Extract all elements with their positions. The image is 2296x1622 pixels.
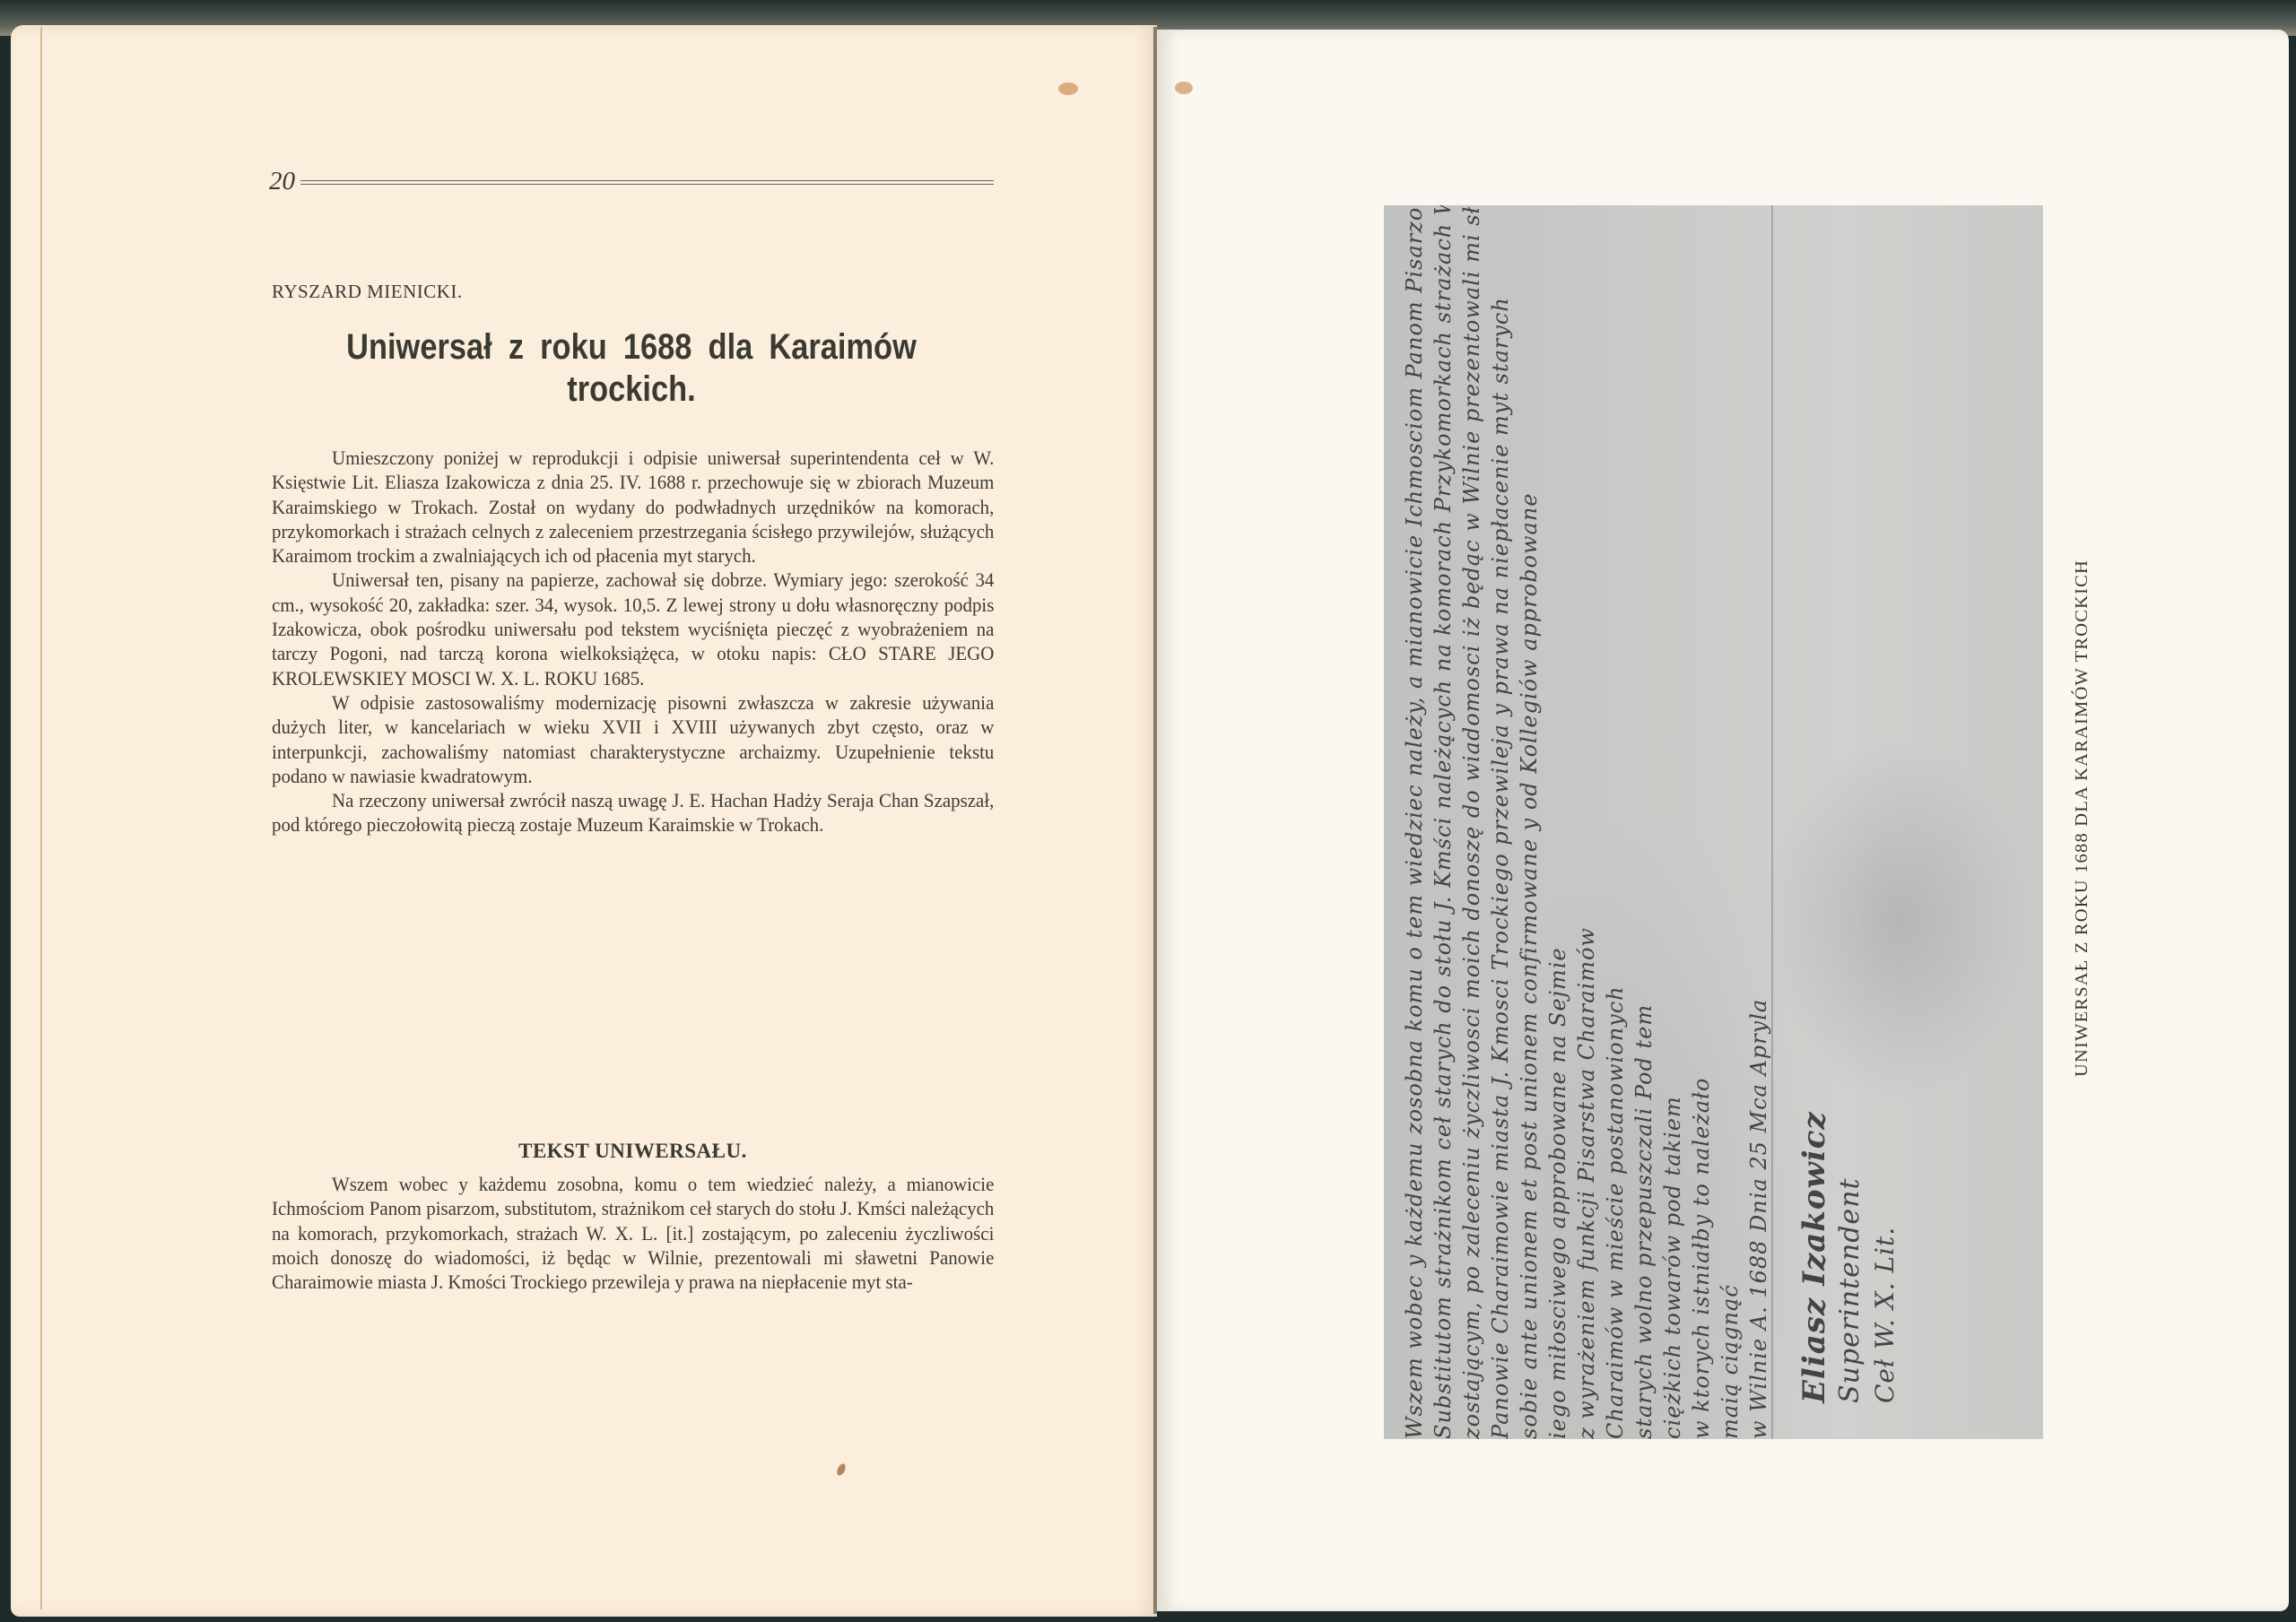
- script-line: sobie ante unionem et post unionem confi…: [1517, 205, 1544, 1439]
- foxing-spot: [1058, 82, 1078, 95]
- foxing-spot: [835, 1462, 847, 1477]
- signature-name: Eliasz Izakowicz: [1796, 865, 1823, 1403]
- signature-title: Superintendent: [1834, 865, 1861, 1403]
- title-line-2: trockich.: [320, 369, 944, 411]
- paragraph-transcription-notes: W odpisie zastosowaliśmy modernizację pi…: [272, 690, 994, 788]
- script-line: Substitutom strażnikom ceł starych do st…: [1431, 205, 1457, 1439]
- script-line: w ktorych istniałby to należało: [1689, 205, 1716, 1439]
- paragraph-intro: Umieszczony poniżej w reprodukcji i odpi…: [272, 446, 994, 568]
- paragraph-description: Uniwersał ten, pisany na papierze, zacho…: [272, 568, 994, 690]
- article-author: RYSZARD MIENICKI.: [272, 281, 463, 303]
- script-line: starych wolno przepuszczali Pod tem: [1631, 205, 1658, 1439]
- script-line: ciężkich towarów pod takiem: [1660, 205, 1687, 1439]
- introduction-text: Umieszczony poniżej w reprodukcji i odpi…: [272, 446, 994, 837]
- signature-block: Eliasz Izakowicz Superintendent Ceł W. X…: [1796, 865, 1931, 1403]
- script-line: w Wilnie A. 1688 Dnia 25 Mca Apryla: [1746, 205, 1773, 1439]
- script-line: z wyrażeniem funkcji Pisarstwa Charaimów: [1574, 205, 1601, 1439]
- foxing-spot: [1175, 82, 1193, 94]
- handwritten-text: Wszem wobec y każdemu zosobna komu o tem…: [1402, 205, 1796, 1439]
- section-heading: TEKST UNIWERSAŁU.: [272, 1140, 994, 1163]
- title-line-1: Uniwersał z roku 1688 dla Karaimów: [320, 326, 944, 369]
- page-number: 20: [269, 167, 295, 196]
- script-line: maią ciągnąć: [1718, 205, 1744, 1439]
- manuscript-facsimile: Wszem wobec y każdemu zosobna komu o tem…: [1384, 205, 2043, 1439]
- figure-caption: UNIWERSAŁ Z ROKU 1688 DLA KARAIMÓW TROCK…: [2072, 534, 2108, 1101]
- script-line: iego miłosciwego approbowane na Sejmie: [1545, 205, 1572, 1439]
- header-double-rule: [300, 180, 994, 185]
- script-line: Wszem wobec y każdemu zosobna komu o tem…: [1402, 205, 1429, 1439]
- page-fold-line: [40, 27, 42, 1609]
- paragraph-acknowledgement: Na rzeczony uniwersał zwrócił naszą uwag…: [272, 788, 994, 837]
- script-line: zostającym, po zaleceniu życzliwosci moi…: [1459, 205, 1486, 1439]
- document-transcription: Wszem wobec y każdemu zosobna, komu o te…: [272, 1172, 994, 1294]
- signature-office: Ceł W. X. Lit.: [1870, 865, 1897, 1403]
- script-line: Charaimów w mieście postanowionych: [1603, 205, 1630, 1439]
- article-title: Uniwersał z roku 1688 dla Karaimów trock…: [320, 326, 944, 411]
- script-line: Panowie Charaimowie miasta J. Kmosci Tro…: [1488, 205, 1515, 1439]
- paragraph-document: Wszem wobec y każdemu zosobna, komu o te…: [272, 1172, 994, 1294]
